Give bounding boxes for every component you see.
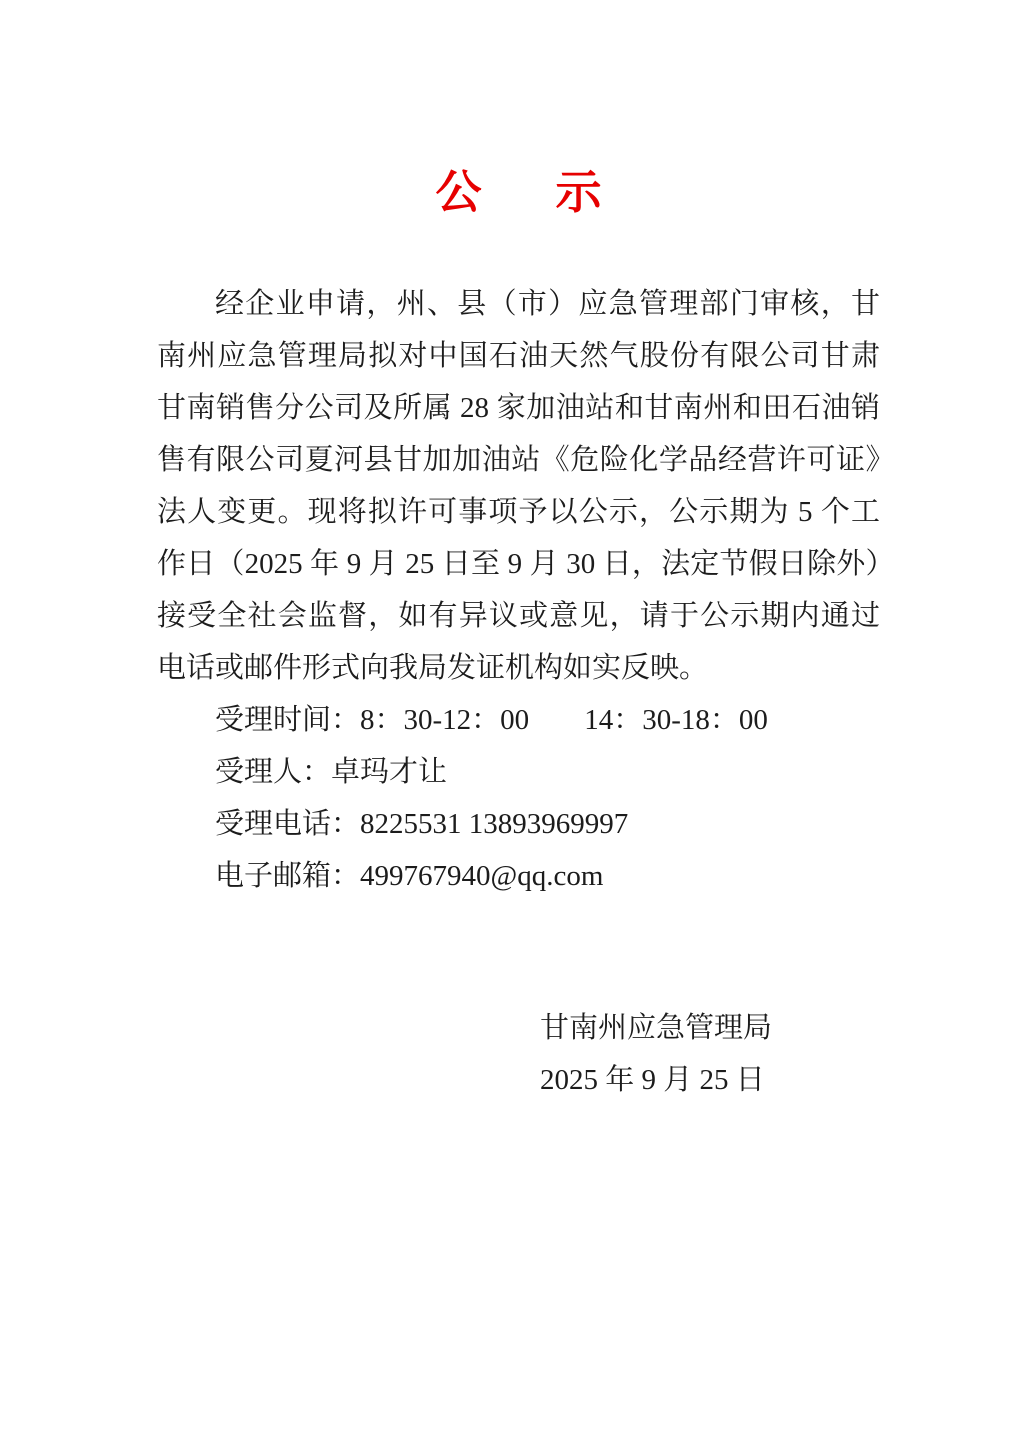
notice-body-paragraph: 经企业申请，州、县（市）应急管理部门审核，甘南州应急管理局拟对中国石油天然气股份… bbox=[157, 278, 880, 694]
acceptance-phone-value: 8225531 13893969997 bbox=[360, 808, 628, 840]
acceptance-hours-label: 受理时间： bbox=[215, 704, 360, 736]
signature-org: 甘南州应急管理局 bbox=[540, 1002, 880, 1054]
acceptance-hours-morning: 8：30-12：00 bbox=[360, 704, 529, 736]
notice-page: 公 示 经企业申请，州、县（市）应急管理部门审核，甘南州应急管理局拟对中国石油天… bbox=[157, 0, 880, 1106]
acceptance-phone-label: 受理电话： bbox=[215, 808, 360, 840]
signature-block: 甘南州应急管理局 2025 年 9 月 25 日 bbox=[540, 1002, 880, 1106]
email-value: 499767940@qq.com bbox=[360, 860, 603, 892]
acceptance-hours-afternoon: 14：30-18：00 bbox=[584, 704, 768, 736]
acceptance-person-line: 受理人：卓玛才让 bbox=[157, 746, 880, 798]
acceptance-person-value: 卓玛才让 bbox=[331, 756, 447, 788]
acceptance-hours-line: 受理时间：8：30-12：0014：30-18：00 bbox=[157, 694, 880, 746]
email-label: 电子邮箱： bbox=[215, 860, 360, 892]
notice-title: 公 示 bbox=[157, 158, 880, 228]
email-line: 电子邮箱：499767940@qq.com bbox=[157, 850, 880, 902]
signature-date: 2025 年 9 月 25 日 bbox=[540, 1054, 880, 1106]
acceptance-phone-line: 受理电话：8225531 13893969997 bbox=[157, 798, 880, 850]
acceptance-person-label: 受理人： bbox=[215, 756, 331, 788]
